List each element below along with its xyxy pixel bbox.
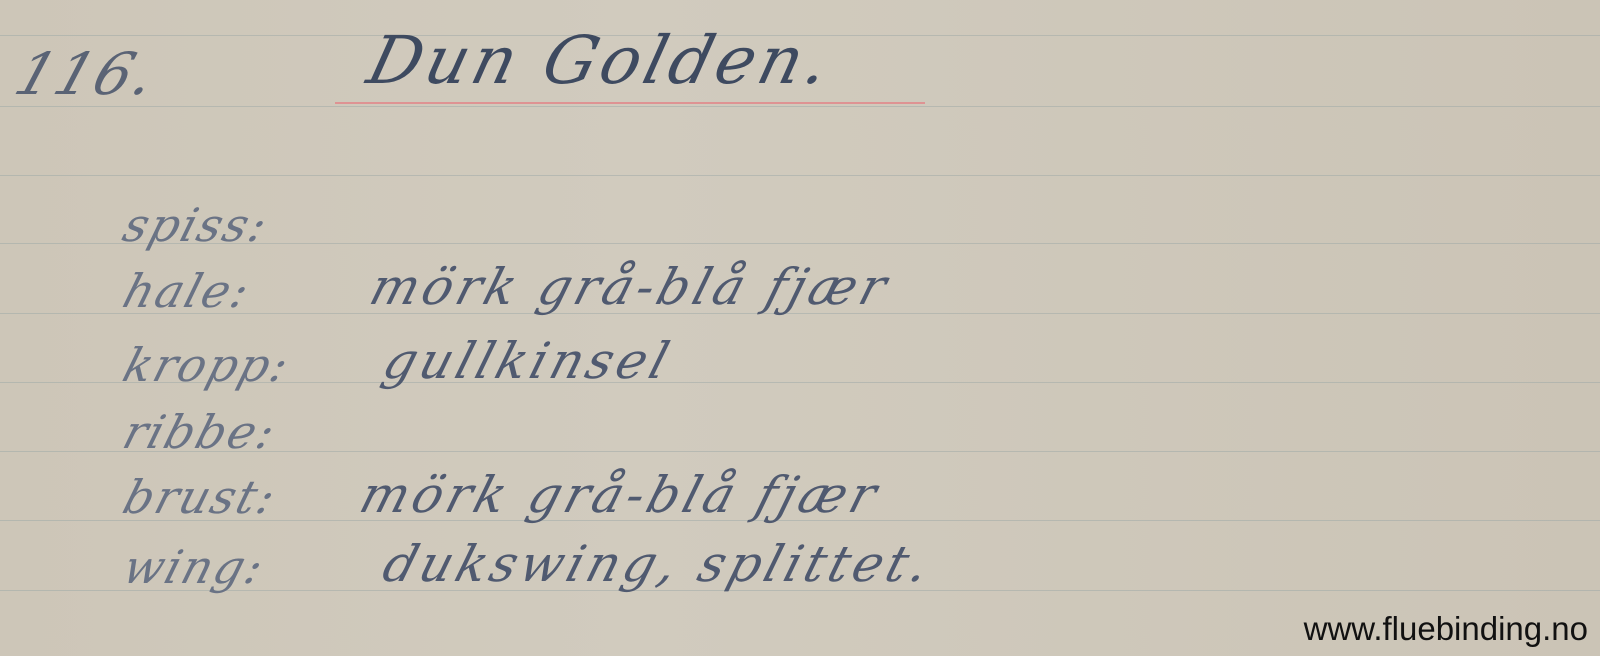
field-value-brust: mörk grå-blå fjær <box>354 466 887 524</box>
watermark-link[interactable]: www.fluebinding.no <box>1304 610 1588 648</box>
title-underline <box>335 102 925 104</box>
field-label-wing: wing: <box>117 540 271 594</box>
entry-number: 116. <box>7 40 166 108</box>
ruled-line <box>0 106 1600 107</box>
field-value-wing: dukswing, splittet. <box>377 535 940 593</box>
field-value-hale: mörk grå-blå fjær <box>364 258 897 316</box>
entry-title: Dun Golden. <box>360 22 840 99</box>
field-label-spiss: spiss: <box>117 198 275 252</box>
field-label-kropp: kropp: <box>117 338 296 392</box>
field-value-kropp: gullkinsel <box>377 332 680 390</box>
notebook-page: 116. Dun Golden. spiss: hale: mörk grå-b… <box>0 0 1600 656</box>
ruled-line <box>0 175 1600 176</box>
field-label-hale: hale: <box>117 264 257 318</box>
field-label-brust: brust: <box>117 470 283 524</box>
field-label-ribbe: ribbe: <box>117 405 283 459</box>
